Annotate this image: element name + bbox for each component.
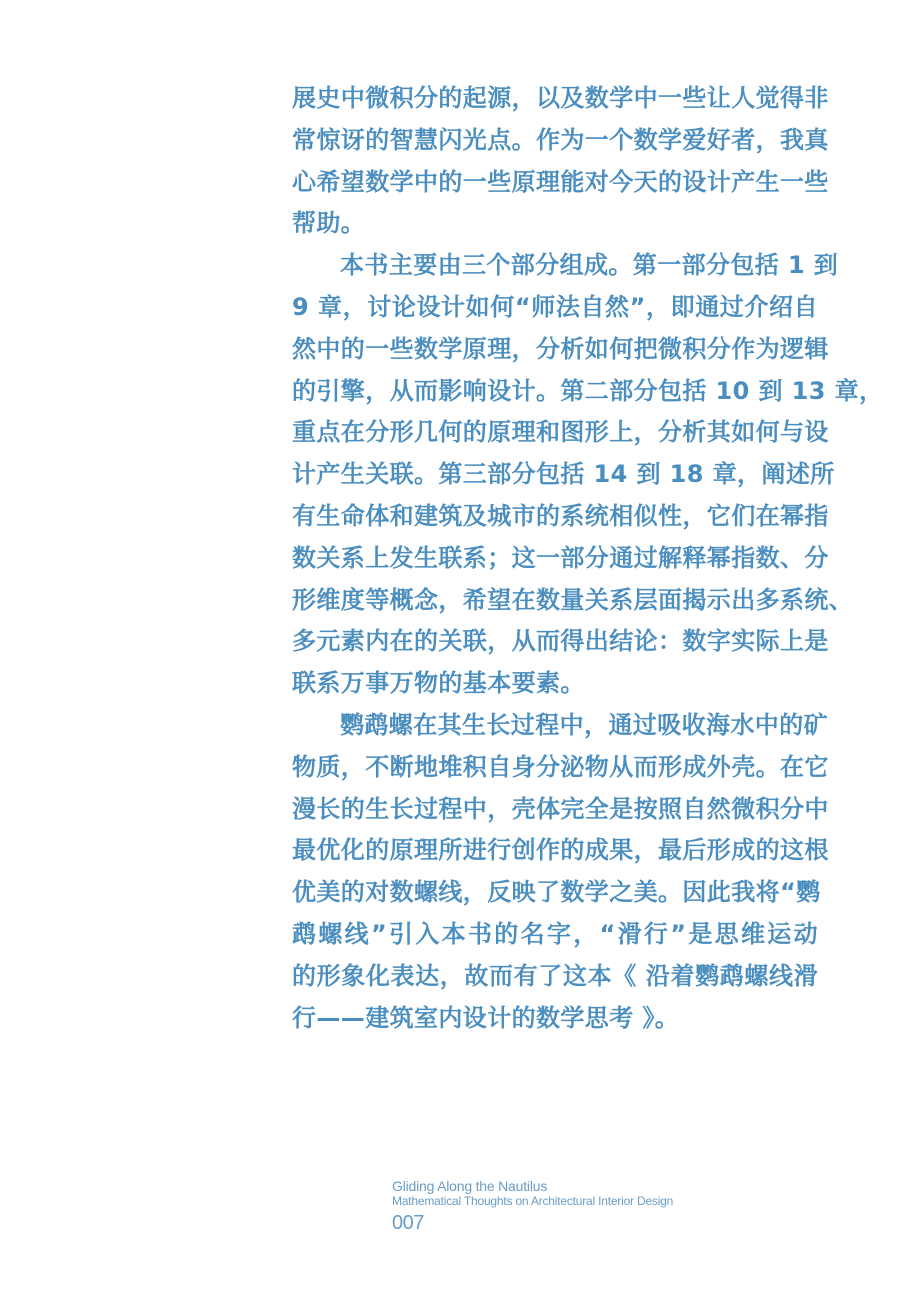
text-line: 9 章，讨论设计如何“师法自然”，即通过介绍自 — [292, 287, 818, 329]
page-footer: Gliding Along the Nautilus Mathematical … — [392, 1178, 673, 1236]
text-line: 漫长的生长过程中，壳体完全是按照自然微积分中 — [292, 789, 818, 831]
text-line: 最优化的原理所进行创作的成果，最后形成的这根 — [292, 830, 818, 872]
paragraph-1: 展史中微积分的起源，以及数学中一些让人觉得非 常惊讶的智慧闪光点。作为一个数学爱… — [292, 78, 818, 245]
text-line: 展史中微积分的起源，以及数学中一些让人觉得非 — [292, 78, 818, 120]
text-line: 本书主要由三个部分组成。第一部分包括 1 到 — [292, 245, 818, 287]
paragraph-2: 本书主要由三个部分组成。第一部分包括 1 到 9 章，讨论设计如何“师法自然”，… — [292, 245, 818, 705]
book-subtitle: Mathematical Thoughts on Architectural I… — [392, 1194, 673, 1208]
text-line: 重点在分形几何的原理和图形上，分析其如何与设 — [292, 412, 818, 454]
page-number: 007 — [392, 1210, 673, 1236]
text-line: 形维度等概念，希望在数量关系层面揭示出多系统、 — [292, 580, 818, 622]
text-line: 的形象化表达，故而有了这本《 沿着鹦鹉螺线滑 — [292, 956, 818, 998]
text-line: 鹉螺线”引入本书的名字，“滑行”是思维运动 — [292, 914, 818, 956]
text-line: 优美的对数螺线，反映了数学之美。因此我将“鹦 — [292, 872, 818, 914]
text-line: 心希望数学中的一些原理能对今天的设计产生一些 — [292, 162, 818, 204]
text-line: 常惊讶的智慧闪光点。作为一个数学爱好者，我真 — [292, 120, 818, 162]
text-line: 帮助。 — [292, 203, 818, 245]
text-line: 的引擎，从而影响设计。第二部分包括 10 到 13 章， — [292, 371, 818, 413]
text-line: 行——建筑室内设计的数学思考 》。 — [292, 998, 818, 1040]
text-line: 鹦鹉螺在其生长过程中，通过吸收海水中的矿 — [292, 705, 818, 747]
book-title: Gliding Along the Nautilus — [392, 1178, 673, 1194]
body-text: 展史中微积分的起源，以及数学中一些让人觉得非 常惊讶的智慧闪光点。作为一个数学爱… — [292, 78, 818, 1039]
text-line: 计产生关联。第三部分包括 14 到 18 章，阐述所 — [292, 454, 818, 496]
text-line: 联系万事万物的基本要素。 — [292, 663, 818, 705]
text-line: 数关系上发生联系；这一部分通过解释幂指数、分 — [292, 538, 818, 580]
text-line: 然中的一些数学原理，分析如何把微积分作为逻辑 — [292, 329, 818, 371]
text-line: 多元素内在的关联，从而得出结论：数字实际上是 — [292, 621, 818, 663]
text-line: 有生命体和建筑及城市的系统相似性，它们在幂指 — [292, 496, 818, 538]
text-line: 物质，不断地堆积自身分泌物从而形成外壳。在它 — [292, 747, 818, 789]
paragraph-3: 鹦鹉螺在其生长过程中，通过吸收海水中的矿 物质，不断地堆积自身分泌物从而形成外壳… — [292, 705, 818, 1039]
